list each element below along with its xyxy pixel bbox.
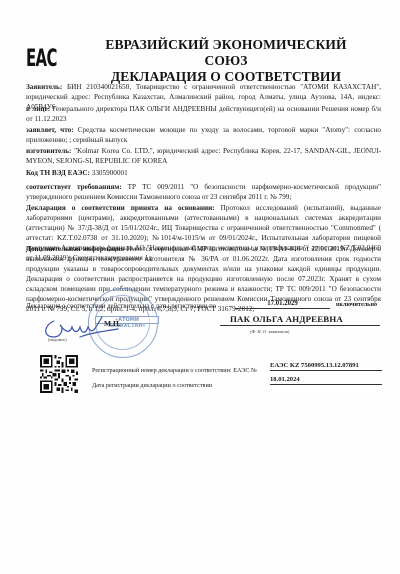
tn-ved-label: Код ТН ВЭД ЕАЭС: (26, 169, 90, 177)
registration-date: 18.01.2024 (270, 376, 382, 385)
mp-label: М.П. (104, 319, 121, 328)
qr-code (40, 355, 78, 393)
signatory-name-caption: (Ф. И. О. заявителя) (250, 329, 289, 334)
manufacturer-label: изготовитель: (26, 147, 71, 155)
registration-number: ЕАЭС KZ 7500995.13.12.07891 (270, 362, 382, 371)
declaration-document: EAC ЕВРАЗИЙСКИЙ ЭКОНОМИЧЕСКИЙ СОЮЗ ДЕКЛА… (0, 0, 400, 574)
validity-date: 17.01.2029 (235, 300, 330, 309)
basis-label: Декларация о соответствии принята на осн… (26, 204, 215, 212)
signatory-name: ПАК ОЛЬГА АНДРЕЕВНА (220, 314, 380, 326)
manufacturer-section: изготовитель: "Kolmar Korea Co. LTD.", ю… (26, 146, 381, 166)
conforms-label: соответствует требованиям: (26, 183, 122, 191)
manufacturer-text: "Kolmar Korea Co. LTD.", юридический адр… (26, 147, 381, 165)
tn-ved-code: 3305900001 (92, 169, 128, 177)
declares-text: Средства косметические моющие по уходу з… (26, 126, 381, 144)
representative-text: Генерального директора ПАК ОЛЬГИ АНДРЕЕВ… (26, 105, 381, 123)
registration-date-label: Дата регистрации декларации о соответств… (92, 382, 212, 389)
representative-section: в лице: Генерального директора ПАК ОЛЬГИ… (26, 104, 381, 124)
eac-logo: EAC (26, 46, 57, 70)
tn-ved-section: Код ТН ВЭД ЕАЭС: 3305900001 (26, 168, 381, 178)
additional-info-label: Дополнительная информация (26, 245, 124, 253)
registration-number-label: Регистрационный номер декларации о соотв… (92, 367, 257, 374)
declares-label: заявляет, что: (26, 126, 74, 134)
signature-caption: (подпись) (48, 337, 67, 342)
validity-suffix: включительно (336, 301, 377, 308)
declares-section: заявляет, что: Средства косметические мо… (26, 125, 381, 145)
applicant-label: Заявитель: (26, 83, 62, 91)
document-header: ЕВРАЗИЙСКИЙ ЭКОНОМИЧЕСКИЙ СОЮЗ ДЕКЛАРАЦИ… (86, 37, 366, 85)
conforms-section: соответствует требованиям: ТР ТС 009/201… (26, 182, 381, 202)
representative-label: в лице: (26, 105, 50, 113)
header-union-title: ЕВРАЗИЙСКИЙ ЭКОНОМИЧЕСКИЙ СОЮЗ (86, 37, 366, 69)
